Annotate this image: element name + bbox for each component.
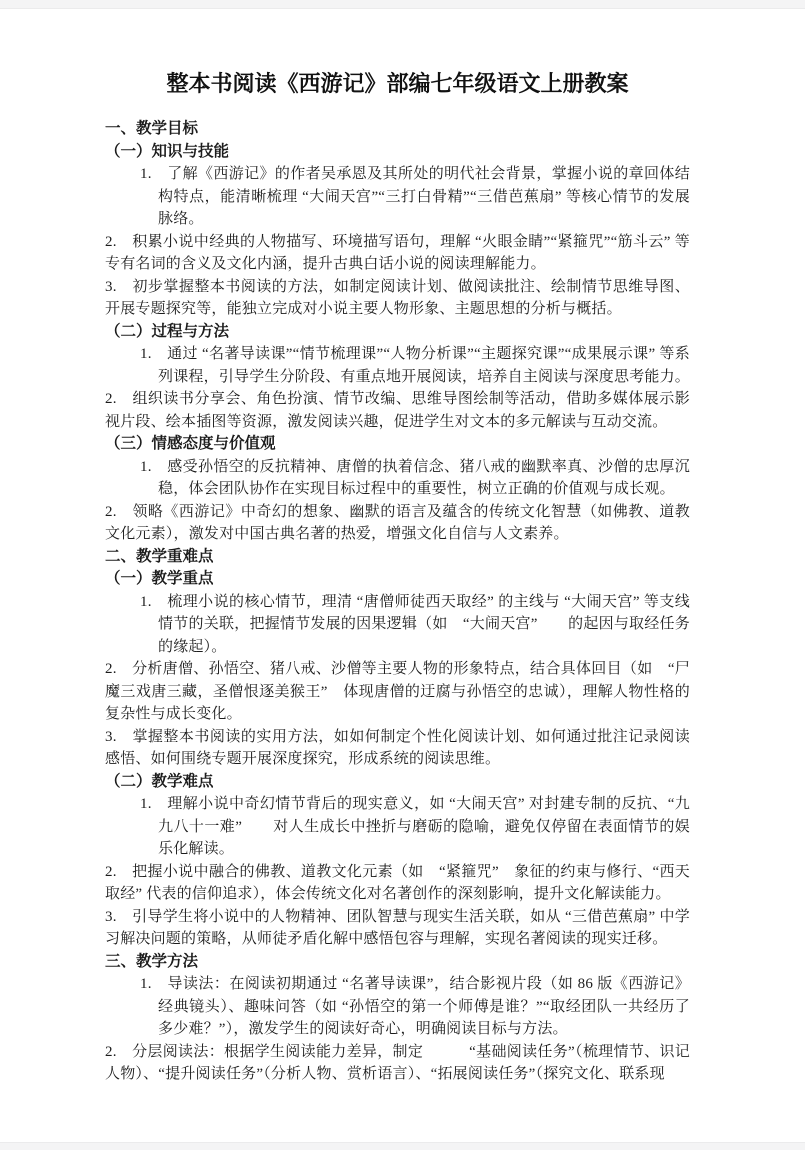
list-item: 1. 梳理小说的核心情节，理清 “唐僧师徒西天取经” 的主线与 “大闹天宫” 等…	[158, 591, 690, 659]
list-item: 1. 通过 “名著导读课”“情节梳理课”“人物分析课”“主题探究课”“成果展示课…	[158, 343, 690, 388]
subsection-heading: （三）情感态度与价值观	[105, 433, 690, 456]
section-heading: 一、教学目标	[105, 118, 690, 141]
document-title: 整本书阅读《西游记》部编七年级语文上册教案	[105, 64, 690, 104]
list-item: 3. 引导学生将小说中的人物精神、团队智慧与现实生活关联，如从 “三借芭蕉扇” …	[105, 906, 690, 951]
document-body: 一、教学目标（一）知识与技能1. 了解《西游记》的作者吴承恩及其所处的明代社会背…	[105, 118, 690, 1086]
list-item: 2. 组织读书分享会、角色扮演、情节改编、思维导图绘制等活动，借助多媒体展示影视…	[105, 388, 690, 433]
section-heading: 三、教学方法	[105, 951, 690, 974]
document-page: 整本书阅读《西游记》部编七年级语文上册教案 一、教学目标（一）知识与技能1. 了…	[0, 8, 805, 1143]
subsection-heading: （二）过程与方法	[105, 321, 690, 344]
subsection-heading: （一）教学重点	[105, 568, 690, 591]
list-item: 2. 积累小说中经典的人物描写、环境描写语句，理解 “火眼金睛”“紧箍咒”“筋斗…	[105, 231, 690, 276]
canvas-top-margin	[0, 0, 805, 9]
list-item: 1. 理解小说中奇幻情节背后的现实意义，如 “大闹天宫” 对封建专制的反抗、“九…	[158, 793, 690, 861]
list-item: 2. 分层阅读法：根据学生阅读能力差异，制定 “基础阅读任务”（梳理情节、识记人…	[105, 1041, 690, 1086]
list-item: 2. 把握小说中融合的佛教、道教文化元素（如 “紧箍咒” 象征的约束与修行、“西…	[105, 861, 690, 906]
subsection-heading: （一）知识与技能	[105, 141, 690, 164]
list-item: 3. 初步掌握整本书阅读的方法，如制定阅读计划、做阅读批注、绘制情节思维导图、开…	[105, 276, 690, 321]
list-item: 2. 领略《西游记》中奇幻的想象、幽默的语言及蕴含的传统文化智慧（如佛教、道教文…	[105, 501, 690, 546]
list-item: 1. 了解《西游记》的作者吴承恩及其所处的明代社会背景，掌握小说的章回体结构特点…	[158, 163, 690, 231]
list-item: 1. 导读法：在阅读初期通过 “名著导读课”，结合影视片段（如 86 版《西游记…	[158, 973, 690, 1041]
list-item: 2. 分析唐僧、孙悟空、猪八戒、沙僧等主要人物的形象特点，结合具体回目（如 “尸…	[105, 658, 690, 726]
subsection-heading: （二）教学难点	[105, 771, 690, 794]
canvas-bottom-margin	[0, 1142, 805, 1150]
section-heading: 二、教学重难点	[105, 546, 690, 569]
list-item: 1. 感受孙悟空的反抗精神、唐僧的执着信念、猪八戒的幽默率真、沙僧的忠厚沉稳，体…	[158, 456, 690, 501]
list-item: 3. 掌握整本书阅读的实用方法，如如何制定个性化阅读计划、如何通过批注记录阅读感…	[105, 726, 690, 771]
